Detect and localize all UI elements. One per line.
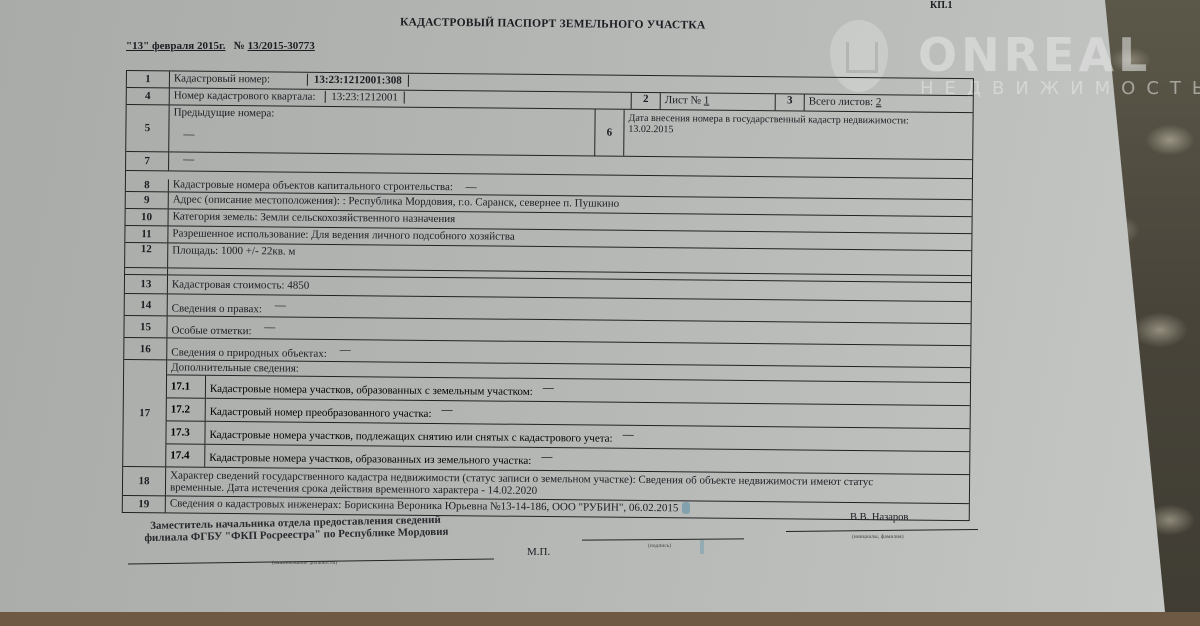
row-value: —: [183, 154, 194, 166]
row-number: 12: [125, 243, 168, 267]
official-name: В.В. Назаров: [850, 512, 908, 523]
row-value: —: [264, 321, 275, 333]
row-label: Разрешенное использование:: [172, 227, 308, 240]
row-number: 2: [631, 93, 660, 109]
row-label: Сведения о правах:: [172, 302, 262, 315]
row-label: Категория земель:: [173, 210, 258, 223]
document-number: 13/2015-30773: [248, 40, 315, 52]
row-number: 17: [123, 360, 167, 466]
sheet-number: Лист № 1: [660, 93, 775, 110]
row-label: Площадь:: [172, 244, 218, 256]
row-number: 11: [125, 226, 168, 242]
row-label: Номер кадастрового квартала:: [174, 89, 316, 102]
row-number: 8: [126, 179, 169, 191]
permitted-use: Для ведения личного подсобного хозяйства: [311, 229, 515, 243]
previous-numbers: —: [183, 129, 590, 145]
row-number: 9: [126, 192, 169, 208]
row-number: 3: [775, 94, 804, 110]
row-label: Особые отметки:: [171, 324, 251, 337]
number-prefix: №: [234, 40, 245, 52]
row-label: Предыдущие номера:: [174, 106, 591, 122]
cadastral-number: 13:23:1212001:308: [307, 74, 409, 87]
row-label: Сведения о природных объектах:: [171, 346, 327, 359]
row-number: 14: [125, 294, 168, 315]
row-value: —: [340, 344, 351, 356]
ink-stamp-mark: [700, 540, 704, 554]
row-number: 19: [123, 496, 166, 512]
cadastral-value: 4850: [287, 280, 309, 292]
row-number: 15: [124, 316, 167, 337]
area: 1000 +/- 22кв. м: [221, 245, 296, 258]
cadastral-quarter: 13:23:1212001: [324, 91, 405, 104]
address: : Республика Мордовия, г.о. Саранск, сев…: [343, 195, 620, 210]
row-number: 18: [123, 467, 166, 495]
document-date-number: "13" февраля 2015г. № 13/2015-30773: [126, 40, 315, 52]
registration-date: 13.02.2015: [628, 124, 968, 138]
form-code: КП.1: [930, 0, 953, 11]
row-value: —: [275, 299, 286, 311]
row-value: —: [466, 181, 477, 193]
row-number: 4: [127, 88, 170, 104]
row-number: 16: [124, 338, 167, 359]
signature-caption: (подпись): [648, 544, 671, 549]
document-date: "13" февраля 2015г.: [126, 40, 226, 52]
row-number: 13: [125, 275, 168, 293]
row-label: Кадастровая стоимость:: [172, 278, 285, 291]
land-category: Земли сельскохозяйственного назначения: [260, 211, 455, 225]
row-label: Кадастровый номер:: [174, 72, 270, 85]
position-caption: (наименование должности): [272, 561, 337, 566]
row-5: 5 Предыдущие номера: — 6 Дата внесения н…: [126, 105, 972, 160]
row-number: 5: [126, 105, 169, 151]
name-caption: (инициалы, фамилия): [852, 535, 904, 540]
row-number: 1: [127, 71, 170, 87]
seal-placeholder: М.П.: [527, 546, 550, 558]
ink-stamp-mark: [682, 502, 690, 514]
row-label: Адрес (описание местоположения):: [173, 193, 340, 207]
row-number: 10: [126, 209, 169, 225]
row-label: Сведения о кадастровых инженерах:: [170, 497, 342, 511]
row-number: 7: [126, 152, 169, 170]
row-label: Кадастровые номера объектов капитального…: [173, 178, 453, 193]
row-number: 6: [594, 110, 623, 156]
floor-edge: [0, 612, 1200, 626]
total-sheets: Всего листов: 2: [804, 95, 973, 113]
row-17: 17 Дополнительные сведения: 17.1 Кадастр…: [123, 360, 970, 475]
cadastral-form-table: 1 Кадастровый номер: 13:23:1212001:308 4…: [122, 70, 974, 521]
cadastral-engineer: Борискина Вероника Юрьевна №13-14-186, О…: [344, 499, 678, 514]
